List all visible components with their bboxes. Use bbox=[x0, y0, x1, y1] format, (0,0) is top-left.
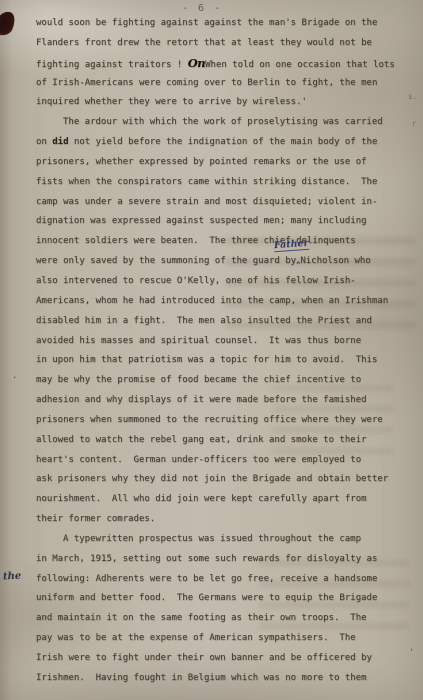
text-line: Flanders front drew the retort that at l… bbox=[36, 34, 411, 54]
text-line: in upon him that patriotism was a topic … bbox=[36, 351, 411, 371]
text-block: would soon be fighting against against t… bbox=[36, 14, 411, 689]
margin-dot-mark: . bbox=[12, 371, 17, 381]
insertion-caret: ^ bbox=[296, 261, 300, 269]
typed-text: were only saved by the summoning of the … bbox=[36, 256, 296, 266]
text-line: ask prisoners why they did not join the … bbox=[36, 470, 411, 490]
typed-text: would soon be fighting against against t… bbox=[36, 18, 377, 28]
text-line: disabled him in a fight. The men also in… bbox=[36, 312, 411, 332]
typed-text: Flanders front drew the retort that at l… bbox=[36, 38, 372, 48]
typed-text: adhesion and why displays of it were mad… bbox=[36, 395, 367, 405]
typed-text: pay was to be at the expense of American… bbox=[36, 633, 356, 643]
typed-text: dignation was expressed against suspecte… bbox=[36, 216, 367, 226]
text-line: their former comrades. bbox=[36, 510, 411, 530]
handwritten-on-annotation: On bbox=[188, 56, 205, 70]
typed-text: fighting against traitors ! bbox=[36, 60, 188, 70]
text-line: prisoners, whether expressed by pointed … bbox=[36, 153, 411, 173]
text-line: innocent soldiers were beaten. The three… bbox=[36, 232, 411, 252]
typed-text: prisoners, whether expressed by pointed … bbox=[36, 157, 367, 167]
text-line: dignation was expressed against suspecte… bbox=[36, 212, 411, 232]
text-line: adhesion and why displays of it were mad… bbox=[36, 391, 411, 411]
edge-smudge-mark: r bbox=[412, 119, 417, 128]
text-line: avoided his masses and spiritual counsel… bbox=[36, 332, 411, 352]
typed-text: their former comrades. bbox=[36, 514, 155, 524]
text-line: pay was to be at the expense of American… bbox=[36, 629, 411, 649]
typed-text: nourishment. All who did join were kept … bbox=[36, 494, 367, 504]
typed-text: in upon him that patriotism was a topic … bbox=[36, 355, 377, 365]
text-line: prisoners when summoned to the recruitin… bbox=[36, 411, 411, 431]
ink-blot bbox=[0, 9, 18, 39]
text-line: Irishmen. Having fought in Belgium which… bbox=[36, 669, 411, 689]
text-line: The ardour with which the work of prosel… bbox=[36, 113, 411, 133]
typed-text: Nicholson who bbox=[300, 256, 370, 266]
typed-text: Americans, whom he had introduced into t… bbox=[36, 296, 388, 306]
typed-text: The ardour with which the work of prosel… bbox=[63, 117, 383, 127]
edge-smudge-mark: s. bbox=[408, 92, 417, 101]
typed-text: and maintain it on the same footing as t… bbox=[36, 613, 367, 623]
typed-text: on bbox=[36, 137, 52, 147]
text-line: would soon be fighting against against t… bbox=[36, 14, 411, 34]
text-line: allowed to watch the rebel gang eat, dri… bbox=[36, 431, 411, 451]
text-line: may be why the promise of food became th… bbox=[36, 371, 411, 391]
typed-text: of Irish-Americans were coming over to B… bbox=[36, 78, 377, 88]
text-line: also intervened to rescue O'Kelly, one o… bbox=[36, 272, 411, 292]
typed-text: camp was under a severe strain and most … bbox=[36, 197, 377, 207]
text-line: Irish were to fight under their own bann… bbox=[36, 649, 411, 669]
typed-text: uniform and better food. The Germans wer… bbox=[36, 593, 377, 603]
typed-text: in March, 1915, setting out some such re… bbox=[36, 554, 377, 564]
typed-text: Irishmen. Having fought in Belgium which… bbox=[36, 673, 367, 683]
text-line: heart's content. German under-officers t… bbox=[36, 451, 411, 471]
typed-text: also intervened to rescue O'Kelly, one o… bbox=[36, 276, 356, 286]
typed-text: heart's content. German under-officers t… bbox=[36, 455, 361, 465]
page-number: - 6 - bbox=[182, 3, 222, 14]
typed-text: fists when the conspirators came within … bbox=[36, 177, 377, 187]
text-line: fighting against traitors ! OnWhen told … bbox=[36, 54, 411, 74]
typed-text: prisoners when summoned to the recruitin… bbox=[36, 415, 383, 425]
handwritten-margin-the: the bbox=[3, 571, 22, 583]
text-line: following: Adherents were to be let go f… bbox=[36, 570, 411, 590]
text-line: camp was under a severe strain and most … bbox=[36, 193, 411, 213]
text-line: fists when the conspirators came within … bbox=[36, 173, 411, 193]
typed-text: not yield before the indignation of the … bbox=[69, 137, 378, 147]
typed-text: inquired whether they were to arrive by … bbox=[36, 97, 307, 107]
text-line: nourishment. All who did join were kept … bbox=[36, 490, 411, 510]
typed-text: disabled him in a fight. The men also in… bbox=[36, 316, 372, 326]
typed-text: did bbox=[52, 137, 68, 147]
text-line: Americans, whom he had introduced into t… bbox=[36, 292, 411, 312]
typed-text: A typewritten prospectus was issued thro… bbox=[63, 534, 361, 544]
text-line: A typewritten prospectus was issued thro… bbox=[36, 530, 411, 550]
typed-text: When told on one occasion that lots bbox=[205, 60, 395, 70]
typed-text: Irish were to fight under their own bann… bbox=[36, 653, 372, 663]
text-line: uniform and better food. The Germans wer… bbox=[36, 589, 411, 609]
document-page: - 6 - would soon be fighting against aga… bbox=[0, 0, 423, 700]
text-line: in March, 1915, setting out some such re… bbox=[36, 550, 411, 570]
text-line: on did not yield before the indignation … bbox=[36, 133, 411, 153]
text-line: were only saved by the summoning of the … bbox=[36, 252, 411, 272]
typed-text: allowed to watch the rebel gang eat, dri… bbox=[36, 435, 367, 445]
text-line: and maintain it on the same footing as t… bbox=[36, 609, 411, 629]
typed-text: may be why the promise of food became th… bbox=[36, 375, 361, 385]
typed-text: avoided his masses and spiritual counsel… bbox=[36, 336, 361, 346]
text-line: of Irish-Americans were coming over to B… bbox=[36, 74, 411, 94]
text-line: inquired whether they were to arrive by … bbox=[36, 93, 411, 113]
edge-tick-mark: ' bbox=[409, 648, 414, 658]
typed-text: following: Adherents were to be let go f… bbox=[36, 574, 377, 584]
typed-text: ask prisoners why they did not join the … bbox=[36, 474, 388, 484]
